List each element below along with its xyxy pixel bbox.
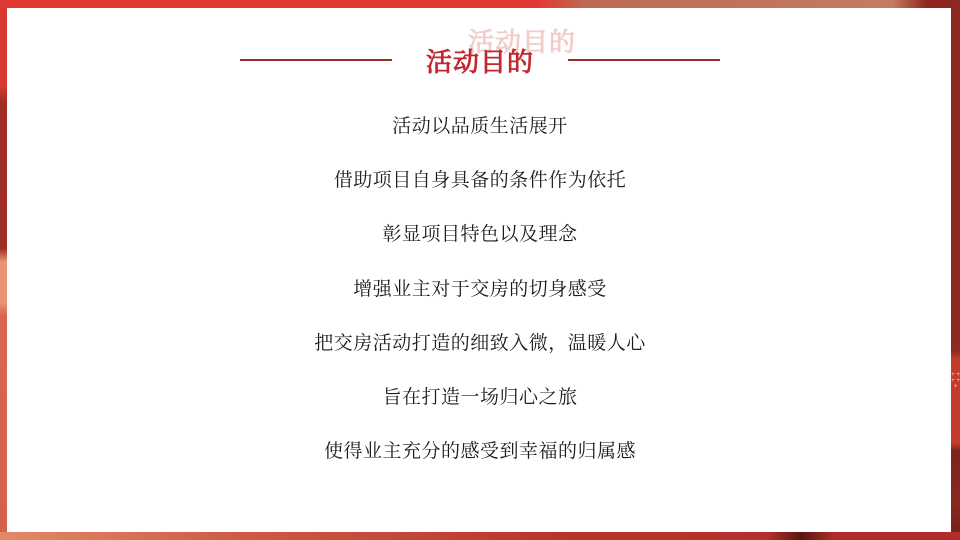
slide-border-bottom <box>0 532 960 540</box>
presentation-slide: + + + + + 活动目的 活动目的 活动以品质生活展开 借助项目自身具备的条… <box>0 0 960 540</box>
text-line: 把交房活动打造的细致入微，温暖人心 <box>0 314 960 368</box>
text-line: 使得业主充分的感受到幸福的归属感 <box>0 423 960 477</box>
body-text-block: 活动以品质生活展开 借助项目自身具备的条件作为依托 彰显项目特色以及理念 增强业… <box>0 97 960 477</box>
text-line: 旨在打造一场归心之旅 <box>0 368 960 422</box>
title-divider-left <box>240 59 392 61</box>
text-line: 增强业主对于交房的切身感受 <box>0 260 960 314</box>
text-line: 借助项目自身具备的条件作为依托 <box>0 151 960 205</box>
page-title: 活动目的 <box>426 42 534 79</box>
title-section: 活动目的 <box>0 42 960 78</box>
text-line: 彰显项目特色以及理念 <box>0 206 960 260</box>
slide-border-top <box>0 0 960 8</box>
title-divider-right <box>568 59 720 61</box>
text-line: 活动以品质生活展开 <box>0 97 960 151</box>
